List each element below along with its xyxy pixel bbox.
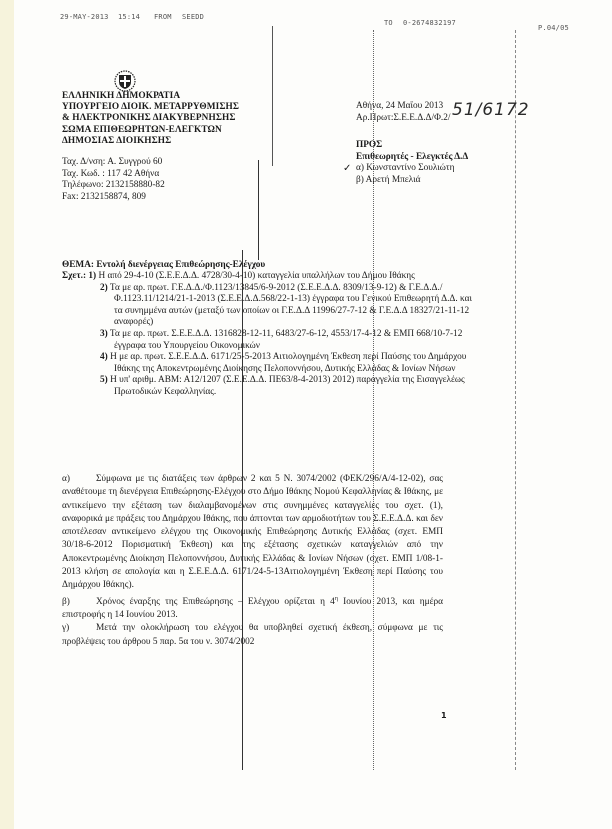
body-text: α)Σύμφωνα με τις διατάξεις των άρθρων 2 … [62, 473, 443, 649]
reference-item: 4) Η με αρ. πρωτ. Σ.Ε.Ε.Δ.Δ. 6171/25-5-2… [62, 352, 482, 375]
paragraph-text: Σύμφωνα με τις διατάξεις των άρθρων 2 κα… [62, 474, 443, 590]
paragraph-marker: α) [62, 473, 96, 486]
paragraph-text: Μετά την ολοκλήρωση του ελέγχου θα υποβλ… [62, 623, 443, 646]
fax-from-label: FROM [154, 13, 172, 21]
reference-number: 4) [100, 352, 108, 362]
address-block: Ταχ. Δ/νση: Α. Συγγρού 60 Ταχ. Κωδ. : 11… [62, 157, 165, 203]
scan-line-dotted [515, 30, 516, 770]
reference-item: 2) Τα με αρ. πρωτ. Γ.Ε.Δ.Δ./Φ.1123/13845… [62, 283, 482, 329]
greek-coat-of-arms-icon [114, 70, 136, 92]
fax-to-label: TO [384, 19, 393, 27]
recipients-group: Επιθεωρητές - Ελεγκτές Δ.Δ [356, 152, 468, 164]
reference-text: Η υπ' αριθμ. ΑΒΜ: Α12/1207 (Σ.Ε.Ε.Δ.Δ. Π… [110, 375, 465, 397]
references-label: Σχετ.: [62, 271, 86, 281]
scan-line [258, 160, 259, 260]
reference-text: Η με αρ. πρωτ. Σ.Ε.Ε.Δ.Δ. 6171/25-5-2013… [110, 352, 466, 374]
address-street: Ταχ. Δ/νση: Α. Συγγρού 60 [62, 157, 165, 169]
issuer-line: ΣΩΜΑ ΕΠΙΘΕΩΡΗΤΩΝ-ΕΛΕΓΚΤΩΝ [62, 125, 239, 136]
recipient-item: β) Αρετή Μπελιά [356, 175, 468, 187]
reference-text: Τα με αρ. πρωτ. Σ.Ε.Ε.Δ.Δ. 1316828-12-11… [110, 329, 462, 351]
reference-number: 2) [100, 283, 108, 293]
issuer-line: & ΗΛΕΚΤΡΟΝΙΚΗΣ ΔΙΑΚΥΒΕΡΝΗΣΗΣ [62, 113, 239, 124]
fax-date: 29-MAY-2013 [60, 13, 109, 21]
references-list: Σχετ.: 1) Η από 29-4-10 (Σ.Ε.Ε.Δ.Δ. 4728… [62, 271, 482, 399]
fax-page: P.04/05 [538, 24, 569, 32]
check-mark-icon: ✓ [343, 163, 351, 175]
issuer-line: ΕΛΛΗΝΙΚΗ ΔΗΜΟΚΡΑΤΙΑ [62, 91, 239, 102]
place-date: Αθήνα, 24 Μαΐου 2013 [356, 101, 450, 113]
reference-text: Η από 29-4-10 (Σ.Ε.Ε.Δ.Δ. 4728/30-4-10) … [98, 271, 414, 281]
fax-time: 15:14 [118, 13, 140, 21]
paragraph-text: Χρόνος έναρξης της Επιθεώρησης – Ελέγχου… [96, 597, 335, 607]
reference-text: Τα με αρ. πρωτ. Γ.Ε.Δ.Δ./Φ.1123/13845/6-… [110, 283, 472, 328]
paragraph-marker: β) [62, 596, 96, 609]
paragraph-b: β)Χρόνος έναρξης της Επιθεώρησης – Ελέγχ… [62, 593, 443, 623]
fax-to-value: 0-2674832197 [403, 19, 456, 27]
handwritten-protocol-number: 51/6172 [452, 105, 530, 117]
issuer-line: ΔΗΜΟΣΙΑΣ ΔΙΟΙΚΗΣΗΣ [62, 136, 239, 147]
issuer-line: ΥΠΟΥΡΓΕΙΟ ΔΙΟΙΚ. ΜΕΤΑΡΡΥΘΜΙΣΗΣ [62, 102, 239, 113]
issuer-block: ΕΛΛΗΝΙΚΗ ΔΗΜΟΚΡΑΤΙΑ ΥΠΟΥΡΓΕΙΟ ΔΙΟΙΚ. ΜΕΤ… [62, 91, 239, 147]
scan-line [272, 26, 273, 166]
subject-text: Εντολή διενέργειας Επιθεώρησης-Ελέγχου [96, 260, 265, 270]
recipient-item: α) Κωνσταντίνο Σουλιώτη [356, 163, 468, 175]
meta-block: Αθήνα, 24 Μαΐου 2013 Αρ.Πρωτ:Σ.Ε.Ε.Δ.Δ/Φ… [356, 101, 450, 124]
address-postcode: Ταχ. Κωδ. : 117 42 Αθήνα [62, 169, 165, 181]
address-fax: Fax: 2132158874, 809 [62, 192, 165, 204]
reference-item: Σχετ.: 1) Η από 29-4-10 (Σ.Ε.Ε.Δ.Δ. 4728… [62, 271, 482, 283]
subject-label: ΘΕΜΑ: [62, 260, 94, 270]
reference-number: 5) [100, 375, 108, 385]
fax-from-value: SEEDD [182, 13, 204, 21]
reference-number: 1) [88, 271, 96, 281]
scan-edge [0, 0, 14, 829]
paragraph-marker: γ) [62, 622, 96, 635]
document-page: 29-MAY-2013 15:14 FROM SEEDD TO 0-267483… [0, 0, 612, 829]
recipients-block: ΠΡΟΣ Επιθεωρητές - Ελεγκτές Δ.Δ ✓ α) Κων… [356, 140, 468, 186]
recipients-heading: ΠΡΟΣ [356, 140, 468, 152]
protocol-number: Αρ.Πρωτ:Σ.Ε.Ε.Δ.Δ/Φ.2/ [356, 113, 450, 125]
page-number: 1 [441, 711, 447, 720]
paragraph-a: α)Σύμφωνα με τις διατάξεις των άρθρων 2 … [62, 473, 443, 593]
reference-item: 3) Τα με αρ. πρωτ. Σ.Ε.Ε.Δ.Δ. 1316828-12… [62, 329, 482, 352]
subject-line: ΘΕΜΑ: Εντολή διενέργειας Επιθεώρησης-Ελέ… [62, 260, 265, 270]
reference-number: 3) [100, 329, 108, 339]
reference-item: 5) Η υπ' αριθμ. ΑΒΜ: Α12/1207 (Σ.Ε.Ε.Δ.Δ… [62, 375, 482, 398]
address-phone: Τηλέφωνο: 2132158880-82 [62, 180, 165, 192]
paragraph-c: γ)Μετά την ολοκλήρωση του ελέγχου θα υπο… [62, 622, 443, 649]
